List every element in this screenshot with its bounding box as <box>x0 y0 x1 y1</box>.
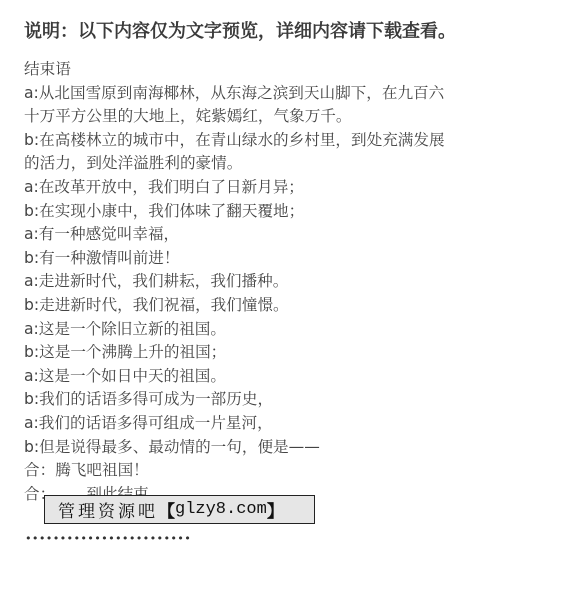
dialogue-line: b:走进新时代，我们祝福，我们憧憬。 <box>24 294 569 318</box>
document-title: 结束语 <box>24 58 569 82</box>
dialogue-line: a:这是一个如日中天的祖国。 <box>24 365 569 389</box>
watermark-bracket-close: 】 <box>267 497 284 522</box>
dialogue-line: b:我们的话语多得可成为一部历史， <box>24 388 569 412</box>
dialogue-line: b:在实现小康中，我们体味了翻天覆地； <box>24 200 569 224</box>
dialogue-line: b:但是说得最多、最动情的一句，便是—— <box>24 436 569 460</box>
dialogue-line: 合：腾飞吧祖国！ <box>24 459 569 483</box>
watermark-bracket-open: 【 <box>158 497 175 522</box>
dialogue-line: a:在改革开放中，我们明白了日新月异； <box>24 176 569 200</box>
dialogue-line: 十万平方公里的大地上，姹紫嫣红，气象万千。 <box>24 105 569 129</box>
dialogue-line: 的活力，到处洋溢胜利的豪情。 <box>24 152 569 176</box>
ellipsis-divider: •••••••••••••••••••••••• <box>25 532 191 545</box>
preview-notice: 说明：以下内容仅为文字预览，详细内容请下载查看。 <box>24 17 456 43</box>
watermark-banner: 管理资源吧 【 glzy8.com 】 <box>44 495 315 524</box>
watermark-brand: 管理资源吧 <box>58 497 158 522</box>
dialogue-line: a:从北国雪原到南海椰林，从东海之滨到天山脚下，在九百六 <box>24 82 569 106</box>
dialogue-line: b:有一种激情叫前进！ <box>24 247 569 271</box>
dialogue-line: a:有一种感觉叫幸福， <box>24 223 569 247</box>
watermark-url: glzy8.com <box>175 500 267 519</box>
document-body: 结束语 a:从北国雪原到南海椰林，从东海之滨到天山脚下，在九百六 十万平方公里的… <box>24 58 569 506</box>
dialogue-line: b:在高楼林立的城市中，在青山绿水的乡村里，到处充满发展 <box>24 129 569 153</box>
dialogue-line: b:这是一个沸腾上升的祖国； <box>24 341 569 365</box>
dialogue-line: a:我们的话语多得可组成一片星河， <box>24 412 569 436</box>
dialogue-line: a:走进新时代，我们耕耘，我们播种。 <box>24 270 569 294</box>
dialogue-line: a:这是一个除旧立新的祖国。 <box>24 318 569 342</box>
